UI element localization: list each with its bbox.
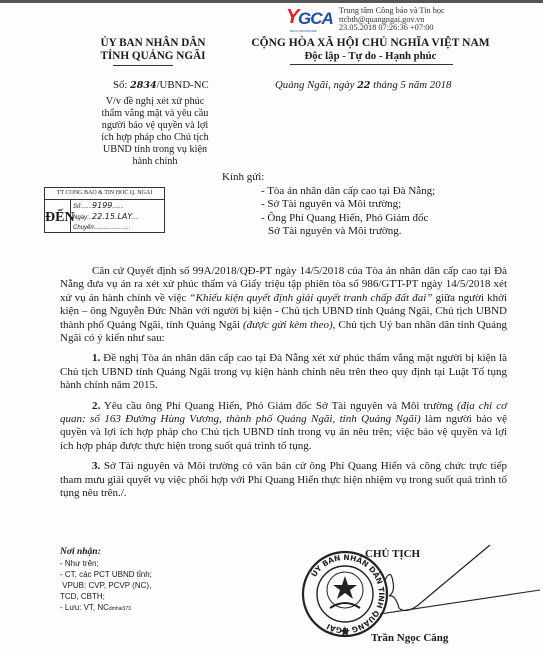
recipient-item: - CT, các PCT UBND tỉnh; — [60, 569, 152, 580]
gca-logo: Y GCA NGCA SIGNATURE — [286, 8, 336, 30]
document-number: Số: 2834/UBND-NC — [113, 79, 209, 91]
recipient-item: - Lưu: VT, NCdmhai373 — [60, 602, 152, 615]
addressee-label: Kính gửi: — [222, 171, 264, 183]
national-header: CỘNG HÒA XÃ HỘI CHỦ NGHĨA VIỆT NAM Độc l… — [218, 37, 523, 63]
signature-timestamp: 23.05.2018 07:26:36 +07:00 — [339, 24, 445, 33]
stamp-ngay-value: 22.15.LAY — [92, 212, 132, 221]
official-seal-icon: ỦY BAN NHÂN DÂN TỈNH QUẢNG NGÃI — [300, 548, 390, 640]
document-body: Căn cứ Quyết định số 99A/2018/QĐ-PT ngày… — [60, 265, 507, 508]
date-suffix: tháng 5 năm 2018 — [370, 79, 451, 91]
stamp-office: TT CONG BAO & TIN HOC Q. NGAI — [45, 188, 164, 200]
addressee-item: - Tòa án nhân dân cấp cao tại Đà Nẵng; — [261, 185, 435, 198]
item-2: 2. Yêu cầu ông Phí Quang Hiển, Phó Giám … — [60, 400, 507, 454]
agency-line-1: ỦY BAN NHÂN DÂN — [88, 37, 218, 50]
nation-title: CỘNG HÒA XÃ HỘI CHỦ NGHĨA VIỆT NAM — [218, 37, 523, 50]
stamp-chuyen: Chuyển:..................... — [73, 223, 139, 233]
recipient-item: VPUB: CVP, PCVP (NC), — [60, 580, 152, 591]
agency-underline — [113, 65, 173, 66]
signer-name: Trần Ngọc Căng — [371, 632, 448, 644]
item-1: 1. Đề nghị Tòa án nhân dân cấp cao tại Đ… — [60, 352, 507, 392]
issuing-agency: ỦY BAN NHÂN DÂN TỈNH QUẢNG NGÃI — [88, 37, 218, 63]
stamp-so: Số:......9199....... — [73, 201, 139, 212]
recipients-label: Nơi nhận: — [60, 547, 152, 557]
agency-line-2: TỈNH QUẢNG NGÃI — [88, 50, 218, 63]
stamp-label: ĐẾN — [45, 200, 71, 232]
stamp-ngay: Ngày:..22.15.LAY.... — [73, 212, 139, 223]
top-border — [0, 0, 543, 3]
doc-number-prefix: Số: — [113, 79, 130, 91]
gca-logo-tagline: NGCA SIGNATURE — [290, 29, 317, 33]
addressee-item: - Ông Phí Quang Hiển, Phó Giám đốc — [261, 212, 435, 225]
intro-paragraph: Căn cứ Quyết định số 99A/2018/QĐ-PT ngày… — [60, 265, 507, 345]
archive-code: dmhai373 — [109, 606, 131, 612]
date-prefix: Quảng Ngãi, ngày — [275, 79, 357, 91]
stamp-fields: Số:......9199....... Ngày:..22.15.LAY...… — [73, 201, 139, 233]
digital-signature-info: Trung tâm Công báo và Tin học ttcbth@qua… — [339, 7, 445, 33]
recipient-item: - Như trên; — [60, 558, 152, 569]
stamp-so-value: 9199 — [92, 201, 112, 210]
item-3: 3. Sở Tài nguyên và Môi trường có văn bả… — [60, 460, 507, 500]
motto-underline — [290, 64, 453, 65]
doc-number-handwritten: 2834 — [130, 80, 156, 91]
date-day-handwritten: 22 — [357, 80, 370, 91]
recipient-item: TCD, CBTH; — [60, 591, 152, 602]
signer-title: CHỦ TỊCH — [365, 548, 420, 560]
subject-line: V/v đề nghị xét xử phúc thẩm vắng mặt và… — [100, 96, 210, 168]
doc-number-suffix: /UBND-NC — [157, 79, 209, 91]
addressee-item: Sở Tài nguyên và Môi trường. — [261, 225, 435, 238]
addressee-list: - Tòa án nhân dân cấp cao tại Đà Nẵng; -… — [261, 185, 435, 239]
recipients-block: Nơi nhận: - Như trên; - CT, các PCT UBND… — [60, 547, 152, 615]
document-date: Quảng Ngãi, ngày 22 tháng 5 năm 2018 — [275, 79, 451, 91]
gca-logo-text: GCA — [298, 9, 333, 29]
addressee-item: - Sở Tài nguyên và Môi trường; — [261, 198, 435, 211]
received-stamp: TT CONG BAO & TIN HOC Q. NGAI ĐẾN Số:...… — [44, 187, 165, 233]
national-motto: Độc lập - Tự do - Hạnh phúc — [218, 50, 523, 63]
